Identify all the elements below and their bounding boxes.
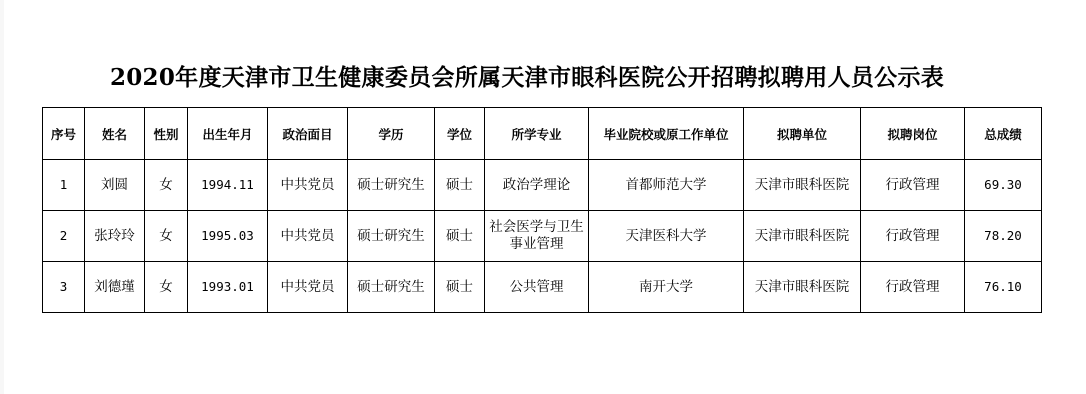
cell-employer: 天津市眼科医院 xyxy=(744,160,861,211)
cell-gender: 女 xyxy=(145,160,188,211)
cell-degree: 硕士 xyxy=(435,211,485,262)
cell-position: 行政管理 xyxy=(861,211,965,262)
cell-education: 硕士研究生 xyxy=(348,160,435,211)
cell-name: 刘圆 xyxy=(85,160,145,211)
column-header-school: 毕业院校或原工作单位 xyxy=(589,108,744,160)
table-row: 2 张玲玲 女 1995.03 中共党员 硕士研究生 硕士 社会医学与卫生事业管… xyxy=(43,211,1042,262)
cell-position: 行政管理 xyxy=(861,160,965,211)
cell-birth: 1994.11 xyxy=(188,160,268,211)
document-title: 2020年度天津市卫生健康委员会所属天津市眼科医院公开招聘拟聘用人员公示表 xyxy=(0,62,1054,94)
cell-name: 刘德瑾 xyxy=(85,262,145,313)
column-header-major: 所学专业 xyxy=(485,108,589,160)
major-text: 政治学理论 xyxy=(489,177,585,194)
cell-employer: 天津市眼科医院 xyxy=(744,211,861,262)
hiring-roster-table: 序号 姓名 性别 出生年月 政治面目 学历 学位 所学专业 毕业院校或原工作单位… xyxy=(42,107,1042,313)
column-header-birth: 出生年月 xyxy=(188,108,268,160)
column-header-position: 拟聘岗位 xyxy=(861,108,965,160)
cell-gender: 女 xyxy=(145,211,188,262)
column-header-employer: 拟聘单位 xyxy=(744,108,861,160)
cell-political-status: 中共党员 xyxy=(268,262,348,313)
column-header-degree: 学位 xyxy=(435,108,485,160)
cell-score: 69.30 xyxy=(965,160,1042,211)
column-header-political-status: 政治面目 xyxy=(268,108,348,160)
cell-employer: 天津市眼科医院 xyxy=(744,262,861,313)
cell-birth: 1995.03 xyxy=(188,211,268,262)
table-row: 3 刘德瑾 女 1993.01 中共党员 硕士研究生 硕士 公共管理 南开大学 … xyxy=(43,262,1042,313)
cell-political-status: 中共党员 xyxy=(268,211,348,262)
major-text: 社会医学与卫生事业管理 xyxy=(489,219,585,253)
column-header-name: 姓名 xyxy=(85,108,145,160)
cell-school: 南开大学 xyxy=(589,262,744,313)
column-header-gender: 性别 xyxy=(145,108,188,160)
cell-score: 76.10 xyxy=(965,262,1042,313)
cell-index: 1 xyxy=(43,160,85,211)
column-header-score: 总成绩 xyxy=(965,108,1042,160)
cell-index: 2 xyxy=(43,211,85,262)
cell-name: 张玲玲 xyxy=(85,211,145,262)
cell-index: 3 xyxy=(43,262,85,313)
table-row: 1 刘圆 女 1994.11 中共党员 硕士研究生 硕士 政治学理论 首都师范大… xyxy=(43,160,1042,211)
cell-degree: 硕士 xyxy=(435,262,485,313)
cell-school: 天津医科大学 xyxy=(589,211,744,262)
cell-major: 政治学理论 xyxy=(485,160,589,211)
cell-score: 78.20 xyxy=(965,211,1042,262)
cell-political-status: 中共党员 xyxy=(268,160,348,211)
cell-education: 硕士研究生 xyxy=(348,211,435,262)
column-header-index: 序号 xyxy=(43,108,85,160)
major-text: 公共管理 xyxy=(489,279,585,296)
cell-school: 首都师范大学 xyxy=(589,160,744,211)
table-header-row: 序号 姓名 性别 出生年月 政治面目 学历 学位 所学专业 毕业院校或原工作单位… xyxy=(43,108,1042,160)
cell-major: 公共管理 xyxy=(485,262,589,313)
page-edge xyxy=(0,0,4,394)
cell-education: 硕士研究生 xyxy=(348,262,435,313)
cell-degree: 硕士 xyxy=(435,160,485,211)
column-header-education: 学历 xyxy=(348,108,435,160)
cell-gender: 女 xyxy=(145,262,188,313)
cell-major: 社会医学与卫生事业管理 xyxy=(485,211,589,262)
cell-birth: 1993.01 xyxy=(188,262,268,313)
cell-position: 行政管理 xyxy=(861,262,965,313)
